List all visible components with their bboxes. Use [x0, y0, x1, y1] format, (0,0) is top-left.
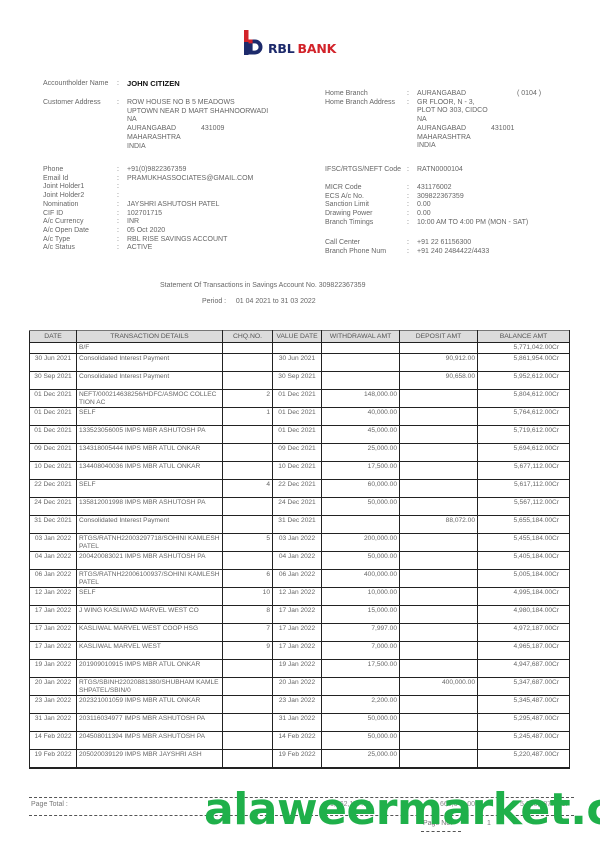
row-chq: [223, 354, 273, 372]
table-row: 17 Jan 2022J WING KASLIWAD MARVEL WEST C…: [30, 606, 570, 624]
row-details: SELF: [77, 480, 223, 498]
table-row: B/F5,771,042.00Cr: [30, 343, 570, 354]
row-date: 30 Jun 2021: [30, 354, 77, 372]
row-chq: 8: [223, 606, 273, 624]
row-withdrawal: 10,000.00: [322, 588, 400, 606]
row-deposit: [400, 606, 478, 624]
col-date: DATE: [30, 331, 77, 343]
row-details: RTGS/RATNH22003297718/SOHINI KAMLESH PAT…: [77, 534, 223, 552]
row-balance: 5,345,487.00Cr: [478, 696, 570, 714]
row-details: 134408040036 IMPS MBR ATUL ONKAR: [77, 462, 223, 480]
row-date: [30, 343, 77, 354]
row-date: 17 Jan 2022: [30, 606, 77, 624]
row-value-date: 04 Jan 2022: [273, 552, 322, 570]
row-details: KASLIWAL MARVEL WEST: [77, 642, 223, 660]
row-balance: 5,861,954.00Cr: [478, 354, 570, 372]
row-deposit: [400, 588, 478, 606]
row-balance: 5,804,612.00Cr: [478, 390, 570, 408]
open-date: 05 Oct 2020: [127, 227, 165, 236]
row-value-date: 06 Jan 2022: [273, 570, 322, 588]
row-date: 06 Jan 2022: [30, 570, 77, 588]
row-balance: 5,617,112.00Cr: [478, 480, 570, 498]
row-value-date: 17 Jan 2022: [273, 606, 322, 624]
row-details: Consolidated Interest Payment: [77, 354, 223, 372]
row-deposit: [400, 444, 478, 462]
page-total-label: Page Total :: [31, 801, 68, 808]
row-details: RTGS/RATNH22006100937/SOHINI KAMLESH PAT…: [77, 570, 223, 588]
row-balance: 5,764,612.00Cr: [478, 408, 570, 426]
brand-bank: BANK: [298, 41, 337, 56]
row-date: 23 Jan 2022: [30, 696, 77, 714]
row-deposit: 90,658.00: [400, 372, 478, 390]
row-value-date: 24 Dec 2021: [273, 498, 322, 516]
row-chq: 7: [223, 624, 273, 642]
row-deposit: [400, 408, 478, 426]
row-date: 19 Jan 2022: [30, 660, 77, 678]
table-row: 17 Jan 2022KASLIWAL MARVEL WEST COOP HSG…: [30, 624, 570, 642]
account-status: ACTIVE: [127, 244, 152, 253]
row-details: 202321001059 IMPS MBR ATUL ONKAR: [77, 696, 223, 714]
customer-address-label: Customer Address: [43, 99, 117, 108]
rbl-bank-logo: RBLBANK: [244, 30, 336, 56]
row-chq: [223, 372, 273, 390]
row-withdrawal: 7,997.00: [322, 624, 400, 642]
table-row: 04 Jan 2022200420083021 IMPS MBR ASHUTOS…: [30, 552, 570, 570]
joint-holder1-row: Joint Holder1:: [43, 183, 253, 192]
row-chq: [223, 696, 273, 714]
row-chq: [223, 516, 273, 534]
ifsc-code: RATN0000104: [417, 166, 463, 175]
table-row: 03 Jan 2022RTGS/RATNH22003297718/SOHINI …: [30, 534, 570, 552]
row-date: 31 Jan 2022: [30, 714, 77, 732]
row-withdrawal: 2,200.00: [322, 696, 400, 714]
row-balance: 5,567,112.00Cr: [478, 498, 570, 516]
row-chq: 5: [223, 534, 273, 552]
row-balance: 5,347,687.00Cr: [478, 678, 570, 696]
table-row: 14 Feb 2022204508011394 IMPS MBR ASHUTOS…: [30, 732, 570, 750]
table-row: 30 Sep 2021Consolidated Interest Payment…: [30, 372, 570, 390]
row-date: 31 Dec 2021: [30, 516, 77, 534]
row-value-date: [273, 343, 322, 354]
branch-timings: 10:00 AM TO 4:00 PM (MON - SAT): [417, 219, 528, 228]
row-withdrawal: 17,500.00: [322, 660, 400, 678]
row-deposit: [400, 570, 478, 588]
row-value-date: 23 Jan 2022: [273, 696, 322, 714]
row-balance: 5,295,487.00Cr: [478, 714, 570, 732]
table-row: 22 Dec 2021SELF422 Dec 202160,000.005,61…: [30, 480, 570, 498]
row-date: 03 Jan 2022: [30, 534, 77, 552]
row-date: 09 Dec 2021: [30, 444, 77, 462]
row-value-date: 17 Jan 2022: [273, 642, 322, 660]
account-type: RBL RISE SAVINGS ACCOUNT: [127, 236, 227, 245]
transactions-table: DATE TRANSACTION DETAILS CHQ.NO. VALUE D…: [29, 330, 570, 769]
row-balance: 5,719,612.00Cr: [478, 426, 570, 444]
row-deposit: [400, 624, 478, 642]
accountholder-name: JOHN CITIZEN: [127, 80, 180, 89]
account-type-row: A/c Type:RBL RISE SAVINGS ACCOUNT: [43, 236, 253, 245]
row-value-date: 22 Dec 2021: [273, 480, 322, 498]
row-details: 204508011394 IMPS MBR ASHUTOSH PA: [77, 732, 223, 750]
row-value-date: 19 Feb 2022: [273, 750, 322, 769]
row-details: RTGS/SBINH22020881380/SHUBHAM KAMLESHPAT…: [77, 678, 223, 696]
branch-code: ( 0104 ): [517, 90, 541, 99]
branch-contacts: Call Center:+91 22 61156300 Branch Phone…: [325, 239, 489, 256]
sanction-row: Sanction Limit:0.00: [325, 201, 528, 210]
table-row: 01 Dec 2021NEFT/000214638256/HDFC/ASMOC …: [30, 390, 570, 408]
row-date: 17 Jan 2022: [30, 642, 77, 660]
row-details: KASLIWAL MARVEL WEST COOP HSG: [77, 624, 223, 642]
row-value-date: 30 Jun 2021: [273, 354, 322, 372]
col-deposit: DEPOSIT AMT: [400, 331, 478, 343]
row-deposit: 400,000.00: [400, 678, 478, 696]
row-balance: 5,245,487.00Cr: [478, 732, 570, 750]
row-deposit: [400, 732, 478, 750]
table-header-row: DATE TRANSACTION DETAILS CHQ.NO. VALUE D…: [30, 331, 570, 343]
table-row: 06 Jan 2022RTGS/RATNH22006100937/SOHINI …: [30, 570, 570, 588]
table-row: 01 Dec 2021133523056005 IMPS MBR ASHUTOS…: [30, 426, 570, 444]
row-withdrawal: 7,000.00: [322, 642, 400, 660]
row-details: SELF: [77, 588, 223, 606]
statement-period: Period : 01 04 2021 to 31 03 2022: [202, 298, 316, 305]
row-chq: [223, 498, 273, 516]
micr-code: 431176002: [417, 184, 452, 193]
row-value-date: 10 Dec 2021: [273, 462, 322, 480]
row-balance: 5,220,487.00Cr: [478, 750, 570, 769]
row-withdrawal: [322, 343, 400, 354]
row-withdrawal: 50,000.00: [322, 732, 400, 750]
row-balance: 4,995,184.00Cr: [478, 588, 570, 606]
col-chq: CHQ.NO.: [223, 331, 273, 343]
row-value-date: 19 Jan 2022: [273, 660, 322, 678]
row-details: 133523056005 IMPS MBR ASHUTOSH PA: [77, 426, 223, 444]
row-date: 01 Dec 2021: [30, 390, 77, 408]
row-details: 205020039129 IMPS MBR JAYSHRI ASH: [77, 750, 223, 769]
row-details: Consolidated Interest Payment: [77, 516, 223, 534]
row-date: 04 Jan 2022: [30, 552, 77, 570]
row-chq: [223, 714, 273, 732]
row-deposit: [400, 426, 478, 444]
row-value-date: 01 Dec 2021: [273, 390, 322, 408]
branch-phone: +91 240 2484422/4433: [417, 248, 489, 257]
table-row: 19 Feb 2022205020039129 IMPS MBR JAYSHRI…: [30, 750, 570, 769]
row-date: 20 Jan 2022: [30, 678, 77, 696]
row-date: 30 Sep 2021: [30, 372, 77, 390]
row-chq: 10: [223, 588, 273, 606]
row-date: 01 Dec 2021: [30, 408, 77, 426]
row-value-date: 01 Dec 2021: [273, 408, 322, 426]
ecs-row: ECS A/c No.:309822367359: [325, 193, 528, 202]
row-withdrawal: 40,000.00: [322, 408, 400, 426]
customer-details: Phone:+91(0)9822367359 Email Id:PRAMUKHA…: [43, 166, 253, 253]
row-value-date: 31 Dec 2021: [273, 516, 322, 534]
phone: +91(0)9822367359: [127, 166, 186, 175]
branch-details: Home Branch:AURANGABAD( 0104 ) Home Bran…: [325, 90, 541, 151]
col-balance: BALANCE AMT: [478, 331, 570, 343]
customer-pincode: 431009: [201, 125, 224, 132]
period-value: 01 04 2021 to 31 03 2022: [236, 298, 316, 305]
statement-title: Statement Of Transactions in Savings Acc…: [160, 282, 365, 289]
row-details: 201909010915 IMPS MBR ATUL ONKAR: [77, 660, 223, 678]
row-value-date: 20 Jan 2022: [273, 678, 322, 696]
row-balance: 5,952,612.00Cr: [478, 372, 570, 390]
transactions-body: B/F5,771,042.00Cr30 Jun 2021Consolidated…: [30, 343, 570, 769]
row-deposit: 88,072.00: [400, 516, 478, 534]
home-branch-row: Home Branch:AURANGABAD( 0104 ): [325, 90, 541, 99]
row-chq: 1: [223, 408, 273, 426]
table-row: 19 Jan 2022201909010915 IMPS MBR ATUL ON…: [30, 660, 570, 678]
row-deposit: [400, 552, 478, 570]
brand-name: RBLBANK: [268, 42, 336, 56]
timings-row: Branch Timings:10:00 AM TO 4:00 PM (MON …: [325, 219, 528, 228]
row-value-date: 12 Jan 2022: [273, 588, 322, 606]
drawing-power: 0.00: [417, 210, 431, 219]
row-value-date: 09 Dec 2021: [273, 444, 322, 462]
row-deposit: [400, 714, 478, 732]
row-balance: 5,405,184.00Cr: [478, 552, 570, 570]
row-balance: 5,655,184.00Cr: [478, 516, 570, 534]
row-withdrawal: 15,000.00: [322, 606, 400, 624]
row-withdrawal: [322, 516, 400, 534]
row-value-date: 17 Jan 2022: [273, 624, 322, 642]
row-balance: 4,947,687.00Cr: [478, 660, 570, 678]
row-value-date: 03 Jan 2022: [273, 534, 322, 552]
micr-row: MICR Code:431176002: [325, 184, 528, 193]
table-row: 20 Jan 2022RTGS/SBINH22020881380/SHUBHAM…: [30, 678, 570, 696]
row-withdrawal: 45,000.00: [322, 426, 400, 444]
row-value-date: 01 Dec 2021: [273, 426, 322, 444]
row-balance: 5,771,042.00Cr: [478, 343, 570, 354]
table-row: 24 Dec 2021135812001998 IMPS MBR ASHUTOS…: [30, 498, 570, 516]
row-date: 01 Dec 2021: [30, 426, 77, 444]
phone-row: Phone:+91(0)9822367359: [43, 166, 253, 175]
period-label: Period :: [202, 298, 226, 305]
ifsc-row: IFSC/RTGS/NEFT Code:RATN0000104: [325, 166, 463, 175]
row-details: 203116034977 IMPS MBR ASHUTOSH PA: [77, 714, 223, 732]
row-withdrawal: 25,000.00: [322, 444, 400, 462]
nomination: JAYSHRI ASHUTOSH PATEL: [127, 201, 219, 210]
row-deposit: [400, 480, 478, 498]
drawing-row: Drawing Power:0.00: [325, 210, 528, 219]
row-date: 19 Feb 2022: [30, 750, 77, 769]
email: PRAMUKHASSOCIATES@GMAIL.COM: [127, 175, 253, 184]
ecs-account: 309822367359: [417, 193, 464, 202]
row-deposit: [400, 498, 478, 516]
table-row: 31 Dec 2021Consolidated Interest Payment…: [30, 516, 570, 534]
table-row: 31 Jan 2022203116034977 IMPS MBR ASHUTOS…: [30, 714, 570, 732]
row-value-date: 14 Feb 2022: [273, 732, 322, 750]
row-chq: [223, 552, 273, 570]
brand-rbl: RBL: [268, 41, 295, 56]
row-withdrawal: [322, 354, 400, 372]
home-branch: AURANGABAD: [417, 90, 517, 99]
row-chq: 9: [223, 642, 273, 660]
row-date: 22 Dec 2021: [30, 480, 77, 498]
customer-address-row: Customer Address : ROW HOUSE NO B 5 MEAD…: [43, 99, 268, 151]
currency: INR: [127, 218, 139, 227]
row-deposit: [400, 343, 478, 354]
row-chq: [223, 444, 273, 462]
sanction-limit: 0.00: [417, 201, 431, 210]
row-deposit: [400, 660, 478, 678]
row-details: 200420083021 IMPS MBR ASHUTOSH PA: [77, 552, 223, 570]
row-date: 17 Jan 2022: [30, 624, 77, 642]
row-chq: [223, 750, 273, 769]
row-withdrawal: 25,000.00: [322, 750, 400, 769]
row-chq: [223, 678, 273, 696]
email-row: Email Id:PRAMUKHASSOCIATES@GMAIL.COM: [43, 175, 253, 184]
row-balance: 5,005,184.00Cr: [478, 570, 570, 588]
branch-pincode: 431001: [491, 125, 514, 132]
row-chq: 2: [223, 390, 273, 408]
row-withdrawal: 50,000.00: [322, 714, 400, 732]
table-row: 09 Dec 2021134318005444 IMPS MBR ATUL ON…: [30, 444, 570, 462]
row-value-date: 31 Jan 2022: [273, 714, 322, 732]
row-withdrawal: [322, 372, 400, 390]
account-status-row: A/c Status:ACTIVE: [43, 244, 253, 253]
row-withdrawal: 50,000.00: [322, 498, 400, 516]
table-row: 01 Dec 2021SELF101 Dec 202140,000.005,76…: [30, 408, 570, 426]
row-withdrawal: 200,000.00: [322, 534, 400, 552]
row-date: 24 Dec 2021: [30, 498, 77, 516]
row-balance: 5,455,184.00Cr: [478, 534, 570, 552]
row-withdrawal: 400,000.00: [322, 570, 400, 588]
call-center-row: Call Center:+91 22 61156300: [325, 239, 489, 248]
col-details: TRANSACTION DETAILS: [77, 331, 223, 343]
branch-codes: MICR Code:431176002 ECS A/c No.:30982236…: [325, 184, 528, 228]
row-withdrawal: [322, 678, 400, 696]
row-chq: 4: [223, 480, 273, 498]
table-row: 23 Jan 2022202321001059 IMPS MBR ATUL ON…: [30, 696, 570, 714]
branch-phone-row: Branch Phone Num:+91 240 2484422/4433: [325, 248, 489, 257]
row-balance: 5,694,612.00Cr: [478, 444, 570, 462]
row-details: SELF: [77, 408, 223, 426]
row-details: 135812001998 IMPS MBR ASHUTOSH PA: [77, 498, 223, 516]
watermark: alaweermarket.com: [204, 786, 600, 834]
row-date: 10 Dec 2021: [30, 462, 77, 480]
row-chq: [223, 660, 273, 678]
row-chq: [223, 732, 273, 750]
col-withdrawal: WITHDRAWAL AMT: [322, 331, 400, 343]
row-details: NEFT/000214638256/HDFC/ASMOC COLLECTION …: [77, 390, 223, 408]
rbl-logo-icon: [244, 30, 264, 56]
row-deposit: 90,912.00: [400, 354, 478, 372]
row-withdrawal: 17,500.00: [322, 462, 400, 480]
row-deposit: [400, 462, 478, 480]
row-details: 134318005444 IMPS MBR ATUL ONKAR: [77, 444, 223, 462]
row-date: 14 Feb 2022: [30, 732, 77, 750]
home-branch-address: GR FLOOR, N - 3, PLOT NO 303, CIDCO NA A…: [417, 99, 514, 151]
open-date-row: A/c Open Date:05 Oct 2020: [43, 227, 253, 236]
row-deposit: [400, 534, 478, 552]
table-row: 30 Jun 2021Consolidated Interest Payment…: [30, 354, 570, 372]
row-balance: 4,972,187.00Cr: [478, 624, 570, 642]
table-row: 10 Dec 2021134408040036 IMPS MBR ATUL ON…: [30, 462, 570, 480]
row-chq: [223, 462, 273, 480]
cif-row: CIF ID:102701715: [43, 210, 253, 219]
nomination-row: Nomination:JAYSHRI ASHUTOSH PATEL: [43, 201, 253, 210]
row-chq: [223, 343, 273, 354]
row-chq: 6: [223, 570, 273, 588]
row-balance: 4,980,184.00Cr: [478, 606, 570, 624]
row-withdrawal: 50,000.00: [322, 552, 400, 570]
row-details: J WING KASLIWAD MARVEL WEST CO: [77, 606, 223, 624]
cif-id: 102701715: [127, 210, 162, 219]
row-deposit: [400, 696, 478, 714]
row-chq: [223, 426, 273, 444]
row-details: Consolidated Interest Payment: [77, 372, 223, 390]
table-row: 12 Jan 2022SELF1012 Jan 202210,000.004,9…: [30, 588, 570, 606]
joint-holder2-row: Joint Holder2:: [43, 192, 253, 201]
row-date: 12 Jan 2022: [30, 588, 77, 606]
col-value-date: VALUE DATE: [273, 331, 322, 343]
currency-row: A/c Currency:INR: [43, 218, 253, 227]
row-withdrawal: 148,000.00: [322, 390, 400, 408]
accountholder-name-row: Accountholder Name : JOHN CITIZEN: [43, 80, 180, 89]
call-center: +91 22 61156300: [417, 239, 471, 248]
row-deposit: [400, 642, 478, 660]
row-balance: 4,965,187.00Cr: [478, 642, 570, 660]
row-withdrawal: 60,000.00: [322, 480, 400, 498]
home-branch-address-row: Home Branch Address: GR FLOOR, N - 3, PL…: [325, 99, 541, 151]
accountholder-name-label: Accountholder Name: [43, 80, 117, 89]
row-balance: 5,677,112.00Cr: [478, 462, 570, 480]
row-details: B/F: [77, 343, 223, 354]
row-deposit: [400, 390, 478, 408]
row-value-date: 30 Sep 2021: [273, 372, 322, 390]
customer-address: ROW HOUSE NO B 5 MEADOWS UPTOWN NEAR D M…: [127, 99, 268, 151]
table-row: 17 Jan 2022KASLIWAL MARVEL WEST917 Jan 2…: [30, 642, 570, 660]
row-deposit: [400, 750, 478, 769]
